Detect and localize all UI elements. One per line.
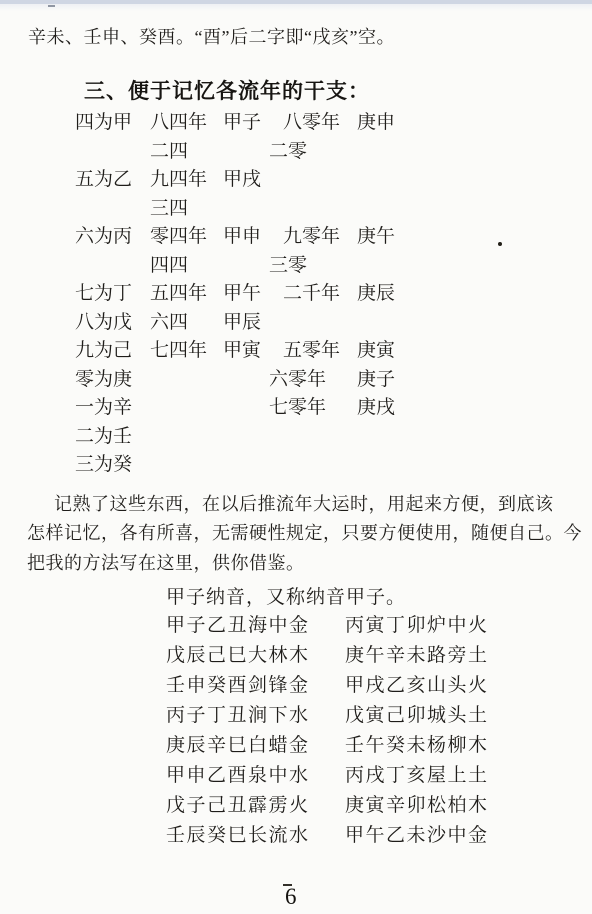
ganzhi-cell — [75, 138, 150, 167]
ganzhi-cell — [150, 451, 223, 480]
ganzhi-cell: 八为戊 — [75, 309, 150, 338]
nayin-row: 丙子丁丑涧下水戊寅己卯城头土 — [166, 701, 489, 731]
ganzhi-cell — [75, 195, 150, 224]
ganzhi-cell: 甲辰 — [223, 309, 283, 338]
nayin-entry: 庚午辛未路旁土 — [345, 641, 489, 670]
body-text-line: 辛未、壬申、癸酉。“酉”后二字即“戌亥”空。 — [28, 23, 395, 49]
nayin-list: 甲子乙丑海中金丙寅丁卯炉中火戊辰己巳大林木庚午辛未路旁土壬申癸酉剑锋金甲戌乙亥山… — [166, 611, 489, 851]
nayin-row: 甲申乙酉泉中水丙戌丁亥屋上土 — [166, 761, 489, 791]
ganzhi-cell: 庚寅 — [357, 337, 417, 366]
ganzhi-cell — [357, 252, 417, 281]
ganzhi-cell: 二千年 — [283, 280, 357, 309]
ganzhi-cell: 六零年 — [269, 366, 357, 395]
paragraph-line: 记熟了这些东西，在以后推流年大运时，用起来方便，到底该 — [27, 490, 572, 519]
nayin-row: 戊子己丑霹雳火庚寅辛卯松柏木 — [166, 791, 489, 821]
nayin-entry: 甲午乙未沙中金 — [345, 821, 489, 850]
ganzhi-cell — [283, 309, 357, 338]
page-number: 6 — [285, 884, 297, 910]
ganzhi-cell: 甲戌 — [223, 166, 283, 195]
ganzhi-cell — [357, 451, 417, 480]
ganzhi-cell — [223, 423, 283, 452]
ganzhi-cell: 零为庚 — [75, 366, 150, 395]
ganzhi-cell: 甲寅 — [223, 337, 283, 366]
ganzhi-cell: 七零年 — [269, 394, 357, 423]
ganzhi-cell — [357, 138, 417, 167]
ganzhi-cell: 一为辛 — [75, 394, 150, 423]
scanner-edge-fade — [0, 4, 592, 11]
ganzhi-cell — [223, 195, 283, 224]
nayin-entry: 甲子乙丑海中金 — [166, 611, 345, 640]
ganzhi-cell — [223, 451, 283, 480]
ganzhi-cell — [283, 451, 357, 480]
nayin-entry: 壬午癸未杨柳木 — [345, 731, 489, 760]
nayin-entry: 戊辰己巳大林木 — [166, 641, 345, 670]
ganzhi-cell: 三零 — [269, 252, 357, 281]
ganzhi-cell: 三四 — [150, 195, 223, 224]
ganzhi-cell — [357, 423, 417, 452]
scan-speck-right-dot — [498, 242, 502, 246]
ganzhi-cell: 八四年 — [150, 109, 223, 138]
ganzhi-cell: 九为己 — [75, 337, 150, 366]
ganzhi-cell — [357, 195, 417, 224]
ganzhi-cell: 甲午 — [223, 280, 283, 309]
ganzhi-cell: 五为乙 — [75, 166, 150, 195]
nayin-entry: 丙子丁丑涧下水 — [166, 701, 345, 730]
ganzhi-cell: 二为壬 — [75, 423, 150, 452]
ganzhi-cell — [283, 195, 357, 224]
ganzhi-cell: 四四 — [150, 252, 223, 281]
ganzhi-cell: 二四 — [150, 138, 223, 167]
ganzhi-cell: 七四年 — [150, 337, 223, 366]
ganzhi-cell: 三为癸 — [75, 451, 150, 480]
nayin-entry: 甲申乙酉泉中水 — [166, 761, 345, 790]
nayin-row: 甲子乙丑海中金丙寅丁卯炉中火 — [166, 611, 489, 641]
section-heading: 三、便于记忆各流年的干支： — [84, 75, 370, 105]
ganzhi-cell: 甲子 — [223, 109, 283, 138]
nayin-entry: 庚辰辛巳白蜡金 — [166, 731, 345, 760]
ganzhi-cell — [357, 166, 417, 195]
ganzhi-cell: 甲申 — [223, 223, 283, 252]
ganzhi-cell: 庚申 — [357, 109, 417, 138]
nayin-entry: 丙寅丁卯炉中火 — [345, 611, 489, 640]
nayin-entry: 庚寅辛卯松柏木 — [345, 791, 489, 820]
nayin-entry: 壬申癸酉剑锋金 — [166, 671, 345, 700]
ganzhi-cell — [283, 166, 357, 195]
scan-speck-top-left — [48, 5, 55, 7]
ganzhi-cell — [283, 423, 357, 452]
ganzhi-cell: 庚子 — [357, 366, 417, 395]
ganzhi-cell: 庚辰 — [357, 280, 417, 309]
nayin-entry: 甲戌乙亥山头火 — [345, 671, 489, 700]
ganzhi-cell: 八零年 — [283, 109, 357, 138]
nayin-entry: 壬辰癸巳长流水 — [166, 821, 345, 850]
nayin-entry: 丙戌丁亥屋上土 — [345, 761, 489, 790]
paragraph-line: 怎样记忆，各有所喜，无需硬性规定，只要方便使用，随便自己。今 — [27, 519, 572, 548]
ganzhi-table: 四为甲八四年甲子八零年庚申二四二零五为乙九四年甲戌三四六为丙零四年甲申九零年庚午… — [75, 109, 417, 480]
ganzhi-cell — [150, 366, 223, 395]
ganzhi-cell: 四为甲 — [75, 109, 150, 138]
paragraph: 记熟了这些东西，在以后推流年大运时，用起来方便，到底该怎样记忆，各有所喜，无需硬… — [27, 490, 572, 578]
ganzhi-cell — [75, 252, 150, 281]
ganzhi-cell — [150, 423, 223, 452]
ganzhi-cell: 庚午 — [357, 223, 417, 252]
ganzhi-cell: 六四 — [150, 309, 223, 338]
nayin-row: 庚辰辛巳白蜡金壬午癸未杨柳木 — [166, 731, 489, 761]
nayin-entry: 戊寅己卯城头土 — [345, 701, 489, 730]
ganzhi-cell: 九零年 — [283, 223, 357, 252]
ganzhi-cell: 二零 — [269, 138, 357, 167]
ganzhi-cell — [357, 309, 417, 338]
nayin-row: 壬申癸酉剑锋金甲戌乙亥山头火 — [166, 671, 489, 701]
ganzhi-cell: 零四年 — [150, 223, 223, 252]
nayin-row: 壬辰癸巳长流水甲午乙未沙中金 — [166, 821, 489, 851]
ganzhi-cell: 五零年 — [283, 337, 357, 366]
nayin-entry: 戊子己丑霹雳火 — [166, 791, 345, 820]
ganzhi-cell — [150, 394, 223, 423]
ganzhi-cell: 五四年 — [150, 280, 223, 309]
ganzhi-cell: 庚戌 — [357, 394, 417, 423]
nayin-title: 甲子纳音，又称纳音甲子。 — [166, 582, 406, 609]
ganzhi-cell: 九四年 — [150, 166, 223, 195]
ganzhi-cell: 六为丙 — [75, 223, 150, 252]
ganzhi-cell: 七为丁 — [75, 280, 150, 309]
nayin-row: 戊辰己巳大林木庚午辛未路旁土 — [166, 641, 489, 671]
paragraph-line: 把我的方法写在这里，供你借鉴。 — [27, 549, 572, 578]
